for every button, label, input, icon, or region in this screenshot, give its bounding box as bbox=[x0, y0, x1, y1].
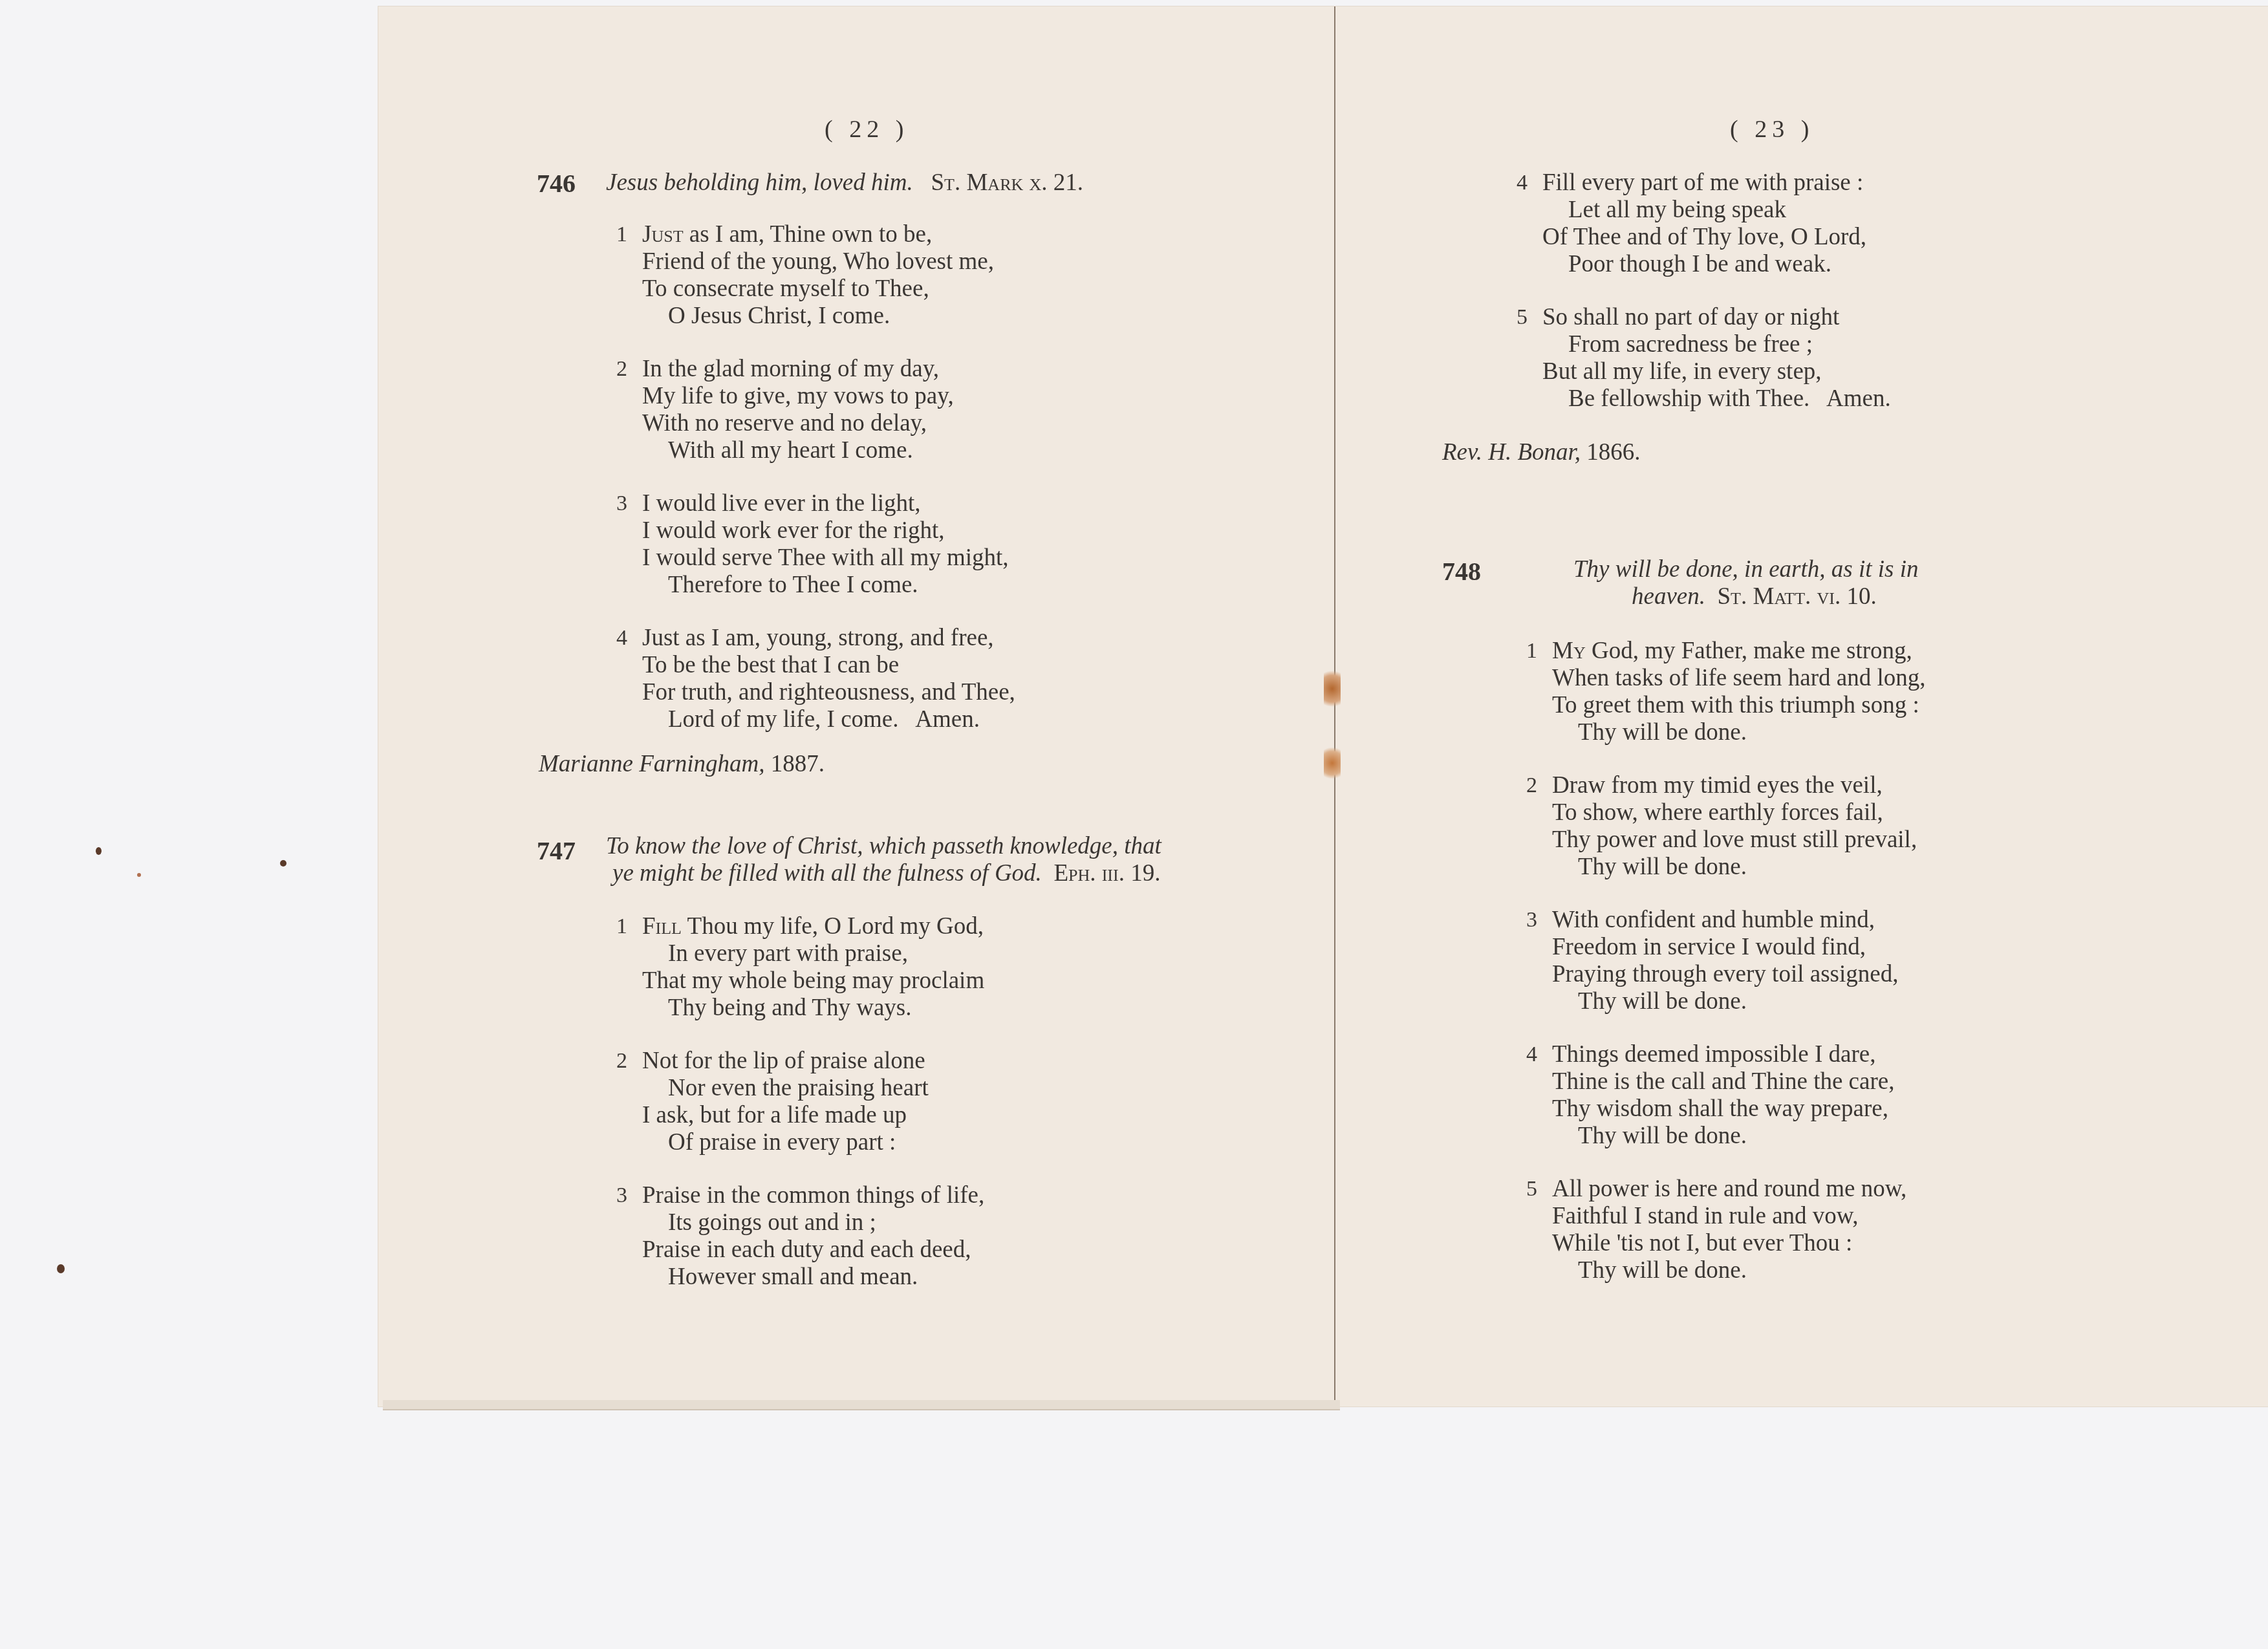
verse-line: Just as I am, young, strong, and free, bbox=[642, 625, 1015, 652]
verse-line: With all my heart I come. bbox=[642, 437, 954, 464]
scripture-reference: St. Mark x. 21. bbox=[931, 169, 1084, 196]
verse: 3 I would live ever in the light, I woul… bbox=[642, 490, 1009, 599]
first-word: Just bbox=[642, 221, 684, 248]
verse-number: 1 bbox=[1526, 638, 1537, 665]
right-page: ( 23 ) 4 Fill every part of me with prai… bbox=[1335, 6, 2268, 1406]
author-name: Rev. H. Bonar, bbox=[1442, 439, 1581, 466]
verse-number: 5 bbox=[1517, 304, 1528, 331]
verse-number: 4 bbox=[1517, 169, 1528, 197]
first-word: Fill bbox=[642, 913, 682, 940]
verse-line: Thou my life, O Lord my God, bbox=[682, 913, 984, 940]
title-text: Jesus beholding him, loved him. bbox=[606, 169, 913, 196]
first-word: My bbox=[1552, 638, 1586, 664]
verse-number: 3 bbox=[616, 490, 627, 517]
verse-number: 3 bbox=[1526, 907, 1537, 934]
page-number: ( 23 ) bbox=[1730, 115, 1814, 144]
verse-line: Thy will be done. bbox=[1552, 854, 1917, 881]
verse: 4 Fill every part of me with praise : Le… bbox=[1542, 169, 1866, 278]
author-year: 1887. bbox=[771, 751, 825, 777]
verse-number: 2 bbox=[616, 356, 627, 383]
verse-line: Nor even the praising heart bbox=[642, 1075, 929, 1102]
hymn-number: 746 bbox=[537, 168, 576, 199]
verse-line: Friend of the young, Who lovest me, bbox=[642, 248, 994, 275]
verse: 5 So shall no part of day or night From … bbox=[1542, 304, 1891, 413]
staple-rust-mark bbox=[1324, 666, 1341, 711]
verse-line: Draw from my timid eyes the veil, bbox=[1552, 772, 1917, 799]
verse-line: I would live ever in the light, bbox=[642, 490, 1009, 517]
verse-line: Thy wisdom shall the way prepare, bbox=[1552, 1095, 1894, 1123]
verse: 1 My God, my Father, make me strong, Whe… bbox=[1552, 638, 1925, 746]
verse-line: When tasks of life seem hard and long, bbox=[1552, 665, 1925, 692]
verse-line: Not for the lip of praise alone bbox=[642, 1048, 929, 1075]
title-text: To know the love of Christ, which passet… bbox=[606, 833, 1161, 860]
verse: 4 Just as I am, young, strong, and free,… bbox=[642, 625, 1015, 733]
verse-number: 3 bbox=[616, 1182, 627, 1209]
verse: 3 With confident and humble mind, Freedo… bbox=[1552, 907, 1898, 1015]
verse-line: Praise in the common things of life, bbox=[642, 1182, 984, 1209]
verse-line: From sacredness be free ; bbox=[1542, 331, 1891, 358]
verse-line: With confident and humble mind, bbox=[1552, 907, 1898, 934]
verse-line: Be fellowship with Thee. Amen. bbox=[1542, 385, 1891, 413]
dust-speck bbox=[137, 873, 141, 877]
verse-line: With no reserve and no delay, bbox=[642, 410, 954, 437]
author-name: Marianne Farningham, bbox=[539, 751, 764, 777]
verse-line: Thy will be done. bbox=[1552, 1123, 1894, 1150]
verse-line: For truth, and righteousness, and Thee, bbox=[642, 679, 1015, 706]
verse-line: Lord of my life, I come. Amen. bbox=[642, 706, 1015, 733]
hymn-number: 748 bbox=[1442, 556, 1481, 587]
verse: 2 In the glad morning of my day, My life… bbox=[642, 356, 954, 464]
dust-speck bbox=[280, 860, 286, 867]
verse-line: But all my life, in every step, bbox=[1542, 358, 1891, 385]
verse-line: Thy will be done. bbox=[1552, 988, 1898, 1015]
verse-line: I would serve Thee with all my might, bbox=[642, 544, 1009, 572]
verse-line: However small and mean. bbox=[642, 1264, 984, 1291]
verse-line: Its goings out and in ; bbox=[642, 1209, 984, 1236]
verse-line: Therefore to Thee I come. bbox=[642, 572, 1009, 599]
verse-line: In every part with praise, bbox=[642, 940, 984, 967]
verse-line: Of praise in every part : bbox=[642, 1129, 929, 1156]
verse-line: Freedom in service I would find, bbox=[1552, 934, 1898, 961]
verse-line: Let all my being speak bbox=[1542, 197, 1866, 224]
hymn-number: 747 bbox=[537, 835, 576, 866]
verse-number: 4 bbox=[616, 625, 627, 652]
verse-number: 4 bbox=[1526, 1041, 1537, 1068]
hymn-author: Marianne Farningham, 1887. bbox=[539, 750, 825, 778]
hymn-title: Thy will be done, in earth, as it is in … bbox=[1573, 556, 1918, 610]
page-number: ( 22 ) bbox=[825, 115, 909, 144]
verse-line: Faithful I stand in rule and vow, bbox=[1552, 1203, 1906, 1230]
verse-line: Things deemed impossible I dare, bbox=[1552, 1041, 1894, 1068]
verse: 1 Just as I am, Thine own to be, Friend … bbox=[642, 221, 994, 330]
verse-line: Praise in each duty and each deed, bbox=[642, 1236, 984, 1264]
verse-line: To show, where earthly forces fail, bbox=[1552, 799, 1917, 826]
dust-speck bbox=[96, 847, 102, 855]
verse-line: To be the best that I can be bbox=[642, 652, 1015, 679]
verse-line: God, my Father, make me strong, bbox=[1586, 638, 1912, 664]
verse-number: 1 bbox=[616, 221, 627, 248]
title-text: Thy will be done, in earth, as it is in bbox=[1573, 556, 1918, 583]
verse-line: Praying through every toil assigned, bbox=[1552, 961, 1898, 988]
verse-line: I would work ever for the right, bbox=[642, 517, 1009, 544]
author-year: 1866. bbox=[1586, 439, 1640, 466]
verse-line: In the glad morning of my day, bbox=[642, 356, 954, 383]
scripture-reference: St. Matt. vi. 10. bbox=[1718, 583, 1877, 610]
verse-line: Thy power and love must still prevail, bbox=[1552, 826, 1917, 854]
hymn-title: Jesus beholding him, loved him. St. Mark… bbox=[606, 169, 1083, 197]
title-text: heaven. bbox=[1632, 583, 1705, 610]
verse-line: All power is here and round me now, bbox=[1552, 1176, 1906, 1203]
verse-number: 5 bbox=[1526, 1176, 1537, 1203]
verse-line: Of Thee and of Thy love, O Lord, bbox=[1542, 224, 1866, 251]
verse-line: as I am, Thine own to be, bbox=[684, 221, 933, 248]
verse: 1 Fill Thou my life, O Lord my God, In e… bbox=[642, 913, 984, 1022]
left-page: ( 22 ) 746 Jesus beholding him, loved hi… bbox=[378, 6, 1335, 1406]
verse-number: 2 bbox=[616, 1048, 627, 1075]
verse-line: Poor though I be and weak. bbox=[1542, 251, 1866, 278]
verse: 2 Not for the lip of praise alone Nor ev… bbox=[642, 1048, 929, 1156]
verse-number: 1 bbox=[616, 913, 627, 940]
verse-line: To greet them with this triumph song : bbox=[1552, 692, 1925, 719]
verse-line: My life to give, my vows to pay, bbox=[642, 383, 954, 410]
hymn-author: Rev. H. Bonar, 1866. bbox=[1442, 438, 1641, 466]
verse-line: Thy being and Thy ways. bbox=[642, 995, 984, 1022]
verse-line: I ask, but for a life made up bbox=[642, 1102, 929, 1129]
verse-line: Thine is the call and Thine the care, bbox=[1552, 1068, 1894, 1095]
verse-line: So shall no part of day or night bbox=[1542, 304, 1891, 331]
title-text: ye might be filled with all the fulness … bbox=[612, 860, 1042, 887]
verse-line: Thy will be done. bbox=[1552, 719, 1925, 746]
scripture-reference: Eph. iii. 19. bbox=[1053, 860, 1160, 887]
dust-speck bbox=[57, 1264, 65, 1273]
verse-line: Fill every part of me with praise : bbox=[1542, 169, 1866, 197]
page-bottom-edge bbox=[383, 1400, 1340, 1410]
verse: 5 All power is here and round me now, Fa… bbox=[1552, 1176, 1906, 1284]
verse-line: While 'tis not I, but ever Thou : bbox=[1552, 1230, 1906, 1257]
verse-line: Thy will be done. bbox=[1552, 1257, 1906, 1284]
verse: 3 Praise in the common things of life, I… bbox=[642, 1182, 984, 1291]
open-hymn-book: ( 22 ) 746 Jesus beholding him, loved hi… bbox=[378, 6, 2268, 1406]
verse: 2 Draw from my timid eyes the veil, To s… bbox=[1552, 772, 1917, 881]
verse-number: 2 bbox=[1526, 772, 1537, 799]
verse-line: O Jesus Christ, I come. bbox=[642, 303, 994, 330]
verse-line: To consecrate myself to Thee, bbox=[642, 275, 994, 303]
verse-line: That my whole being may proclaim bbox=[642, 967, 984, 995]
verse: 4 Things deemed impossible I dare, Thine… bbox=[1552, 1041, 1894, 1150]
staple-rust-mark bbox=[1324, 744, 1341, 782]
hymn-title: To know the love of Christ, which passet… bbox=[606, 833, 1161, 887]
